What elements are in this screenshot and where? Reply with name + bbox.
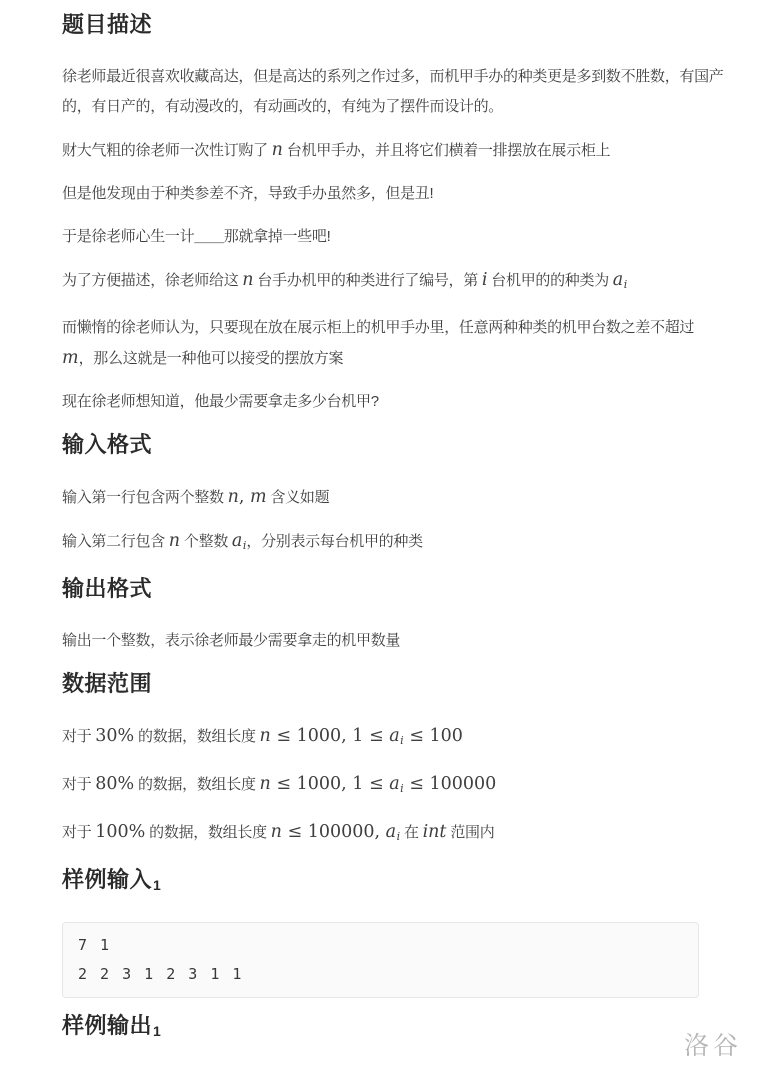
math-expression: ≤ 1000, 1 ≤ [271,774,389,794]
math-variable: n [242,270,253,290]
math-expression: ≤ 100000, [282,822,386,842]
math-subscripted-variable: ai [389,726,403,746]
math-sub-base: a [389,774,399,794]
math-subscripted-variable: ai [232,531,246,551]
math-expression: 100% [95,822,145,842]
input-format-paragraph: 输入第二行包含 n 个整数 ai，分别表示每台机甲的种类 [62,526,725,561]
math-expression: ≤ 1000, 1 ≤ [271,726,389,746]
description-paragraph: 现在徐老师想知道，他最少需要拿走多少台机甲? [62,387,725,417]
section-title-input-format: 输入格式 [62,430,725,460]
input-format-paragraph: 输入第一行包含两个整数 n, m 含义如题 [62,482,725,513]
math-expression: ≤ 100 [404,726,463,746]
math-expression: , [239,487,250,507]
math-variable: n [271,822,282,842]
math-variable: n [272,140,283,160]
math-sub-base: a [389,726,399,746]
section-title-description: 题目描述 [62,10,725,40]
section-title-text: 输入格式 [62,432,152,457]
data-range-paragraph: 对于 30% 的数据，数组长度 n ≤ 1000, 1 ≤ ai ≤ 100 [62,721,725,756]
math-variable: n [260,726,271,746]
description-paragraph: 而懒惰的徐老师认为，只要现在放在展示柜上的机甲手办里，任意两种种类的机甲台数之差… [62,313,725,374]
math-variable: m [250,487,267,507]
data-range-paragraph: 对于 100% 的数据，数组长度 n ≤ 100000, ai 在 int 范围… [62,817,725,852]
section-title-text: 题目描述 [62,12,152,37]
problem-statement: 题目描述 徐老师最近很喜欢收藏高达，但是高达的系列之作过多，而机甲手办的种类更是… [0,0,763,1046]
math-sub-base: a [613,270,623,290]
math-variable: i [482,270,488,290]
luogu-watermark: 洛谷 [684,1026,742,1062]
math-sub-base: a [386,822,396,842]
description-paragraph: 但是他发现由于种类参差不齐，导致手办虽然多，但是丑! [62,179,725,209]
math-variable: m [62,348,79,368]
description-paragraph: 徐老师最近很喜欢收藏高达，但是高达的系列之作过多，而机甲手办的种类更是多到数不胜… [62,62,725,122]
math-variable: int [423,822,447,842]
sample-input-code-block: 7 1 2 2 3 1 2 3 1 1 [62,922,699,998]
math-sub-index: i [624,278,628,291]
math-variable: n [260,774,271,794]
math-expression: 80% [95,774,134,794]
math-sub-index: i [243,539,247,552]
section-title-output-format: 输出格式 [62,574,725,604]
sample-index: 1 [153,1023,161,1039]
section-title-text: 数据范围 [62,671,152,696]
section-title-text: 样例输入 [62,867,152,892]
description-paragraph: 财大气粗的徐老师一次性订购了 n 台机甲手办，并且将它们横着一排摆放在展示柜上 [62,135,725,166]
section-title-text: 输出格式 [62,576,152,601]
section-title-sample-output: 样例输出1 [62,1011,725,1046]
data-range-paragraph: 对于 80% 的数据，数组长度 n ≤ 1000, 1 ≤ ai ≤ 10000… [62,769,725,804]
math-sub-base: a [232,531,242,551]
math-expression: 30% [95,726,134,746]
math-expression: ≤ 100000 [404,774,497,794]
math-subscripted-variable: ai [389,774,403,794]
description-paragraph: 为了方便描述，徐老师给这 n 台手办机甲的种类进行了编号，第 i 台机甲的的种类… [62,265,725,300]
description-paragraph: 于是徐老师心生一计＿＿那就拿掉一些吧! [62,222,725,252]
sample-index: 1 [153,877,161,893]
math-variable: n [169,531,180,551]
section-title-text: 样例输出 [62,1013,152,1038]
math-sub-index: i [397,830,401,843]
math-variable: n [228,487,239,507]
math-subscripted-variable: ai [613,270,627,290]
output-format-paragraph: 输出一个整数，表示徐老师最少需要拿走的机甲数量 [62,626,725,656]
math-subscripted-variable: ai [386,822,400,842]
section-title-data-range: 数据范围 [62,669,725,699]
section-title-sample-input: 样例输入1 [62,865,725,900]
